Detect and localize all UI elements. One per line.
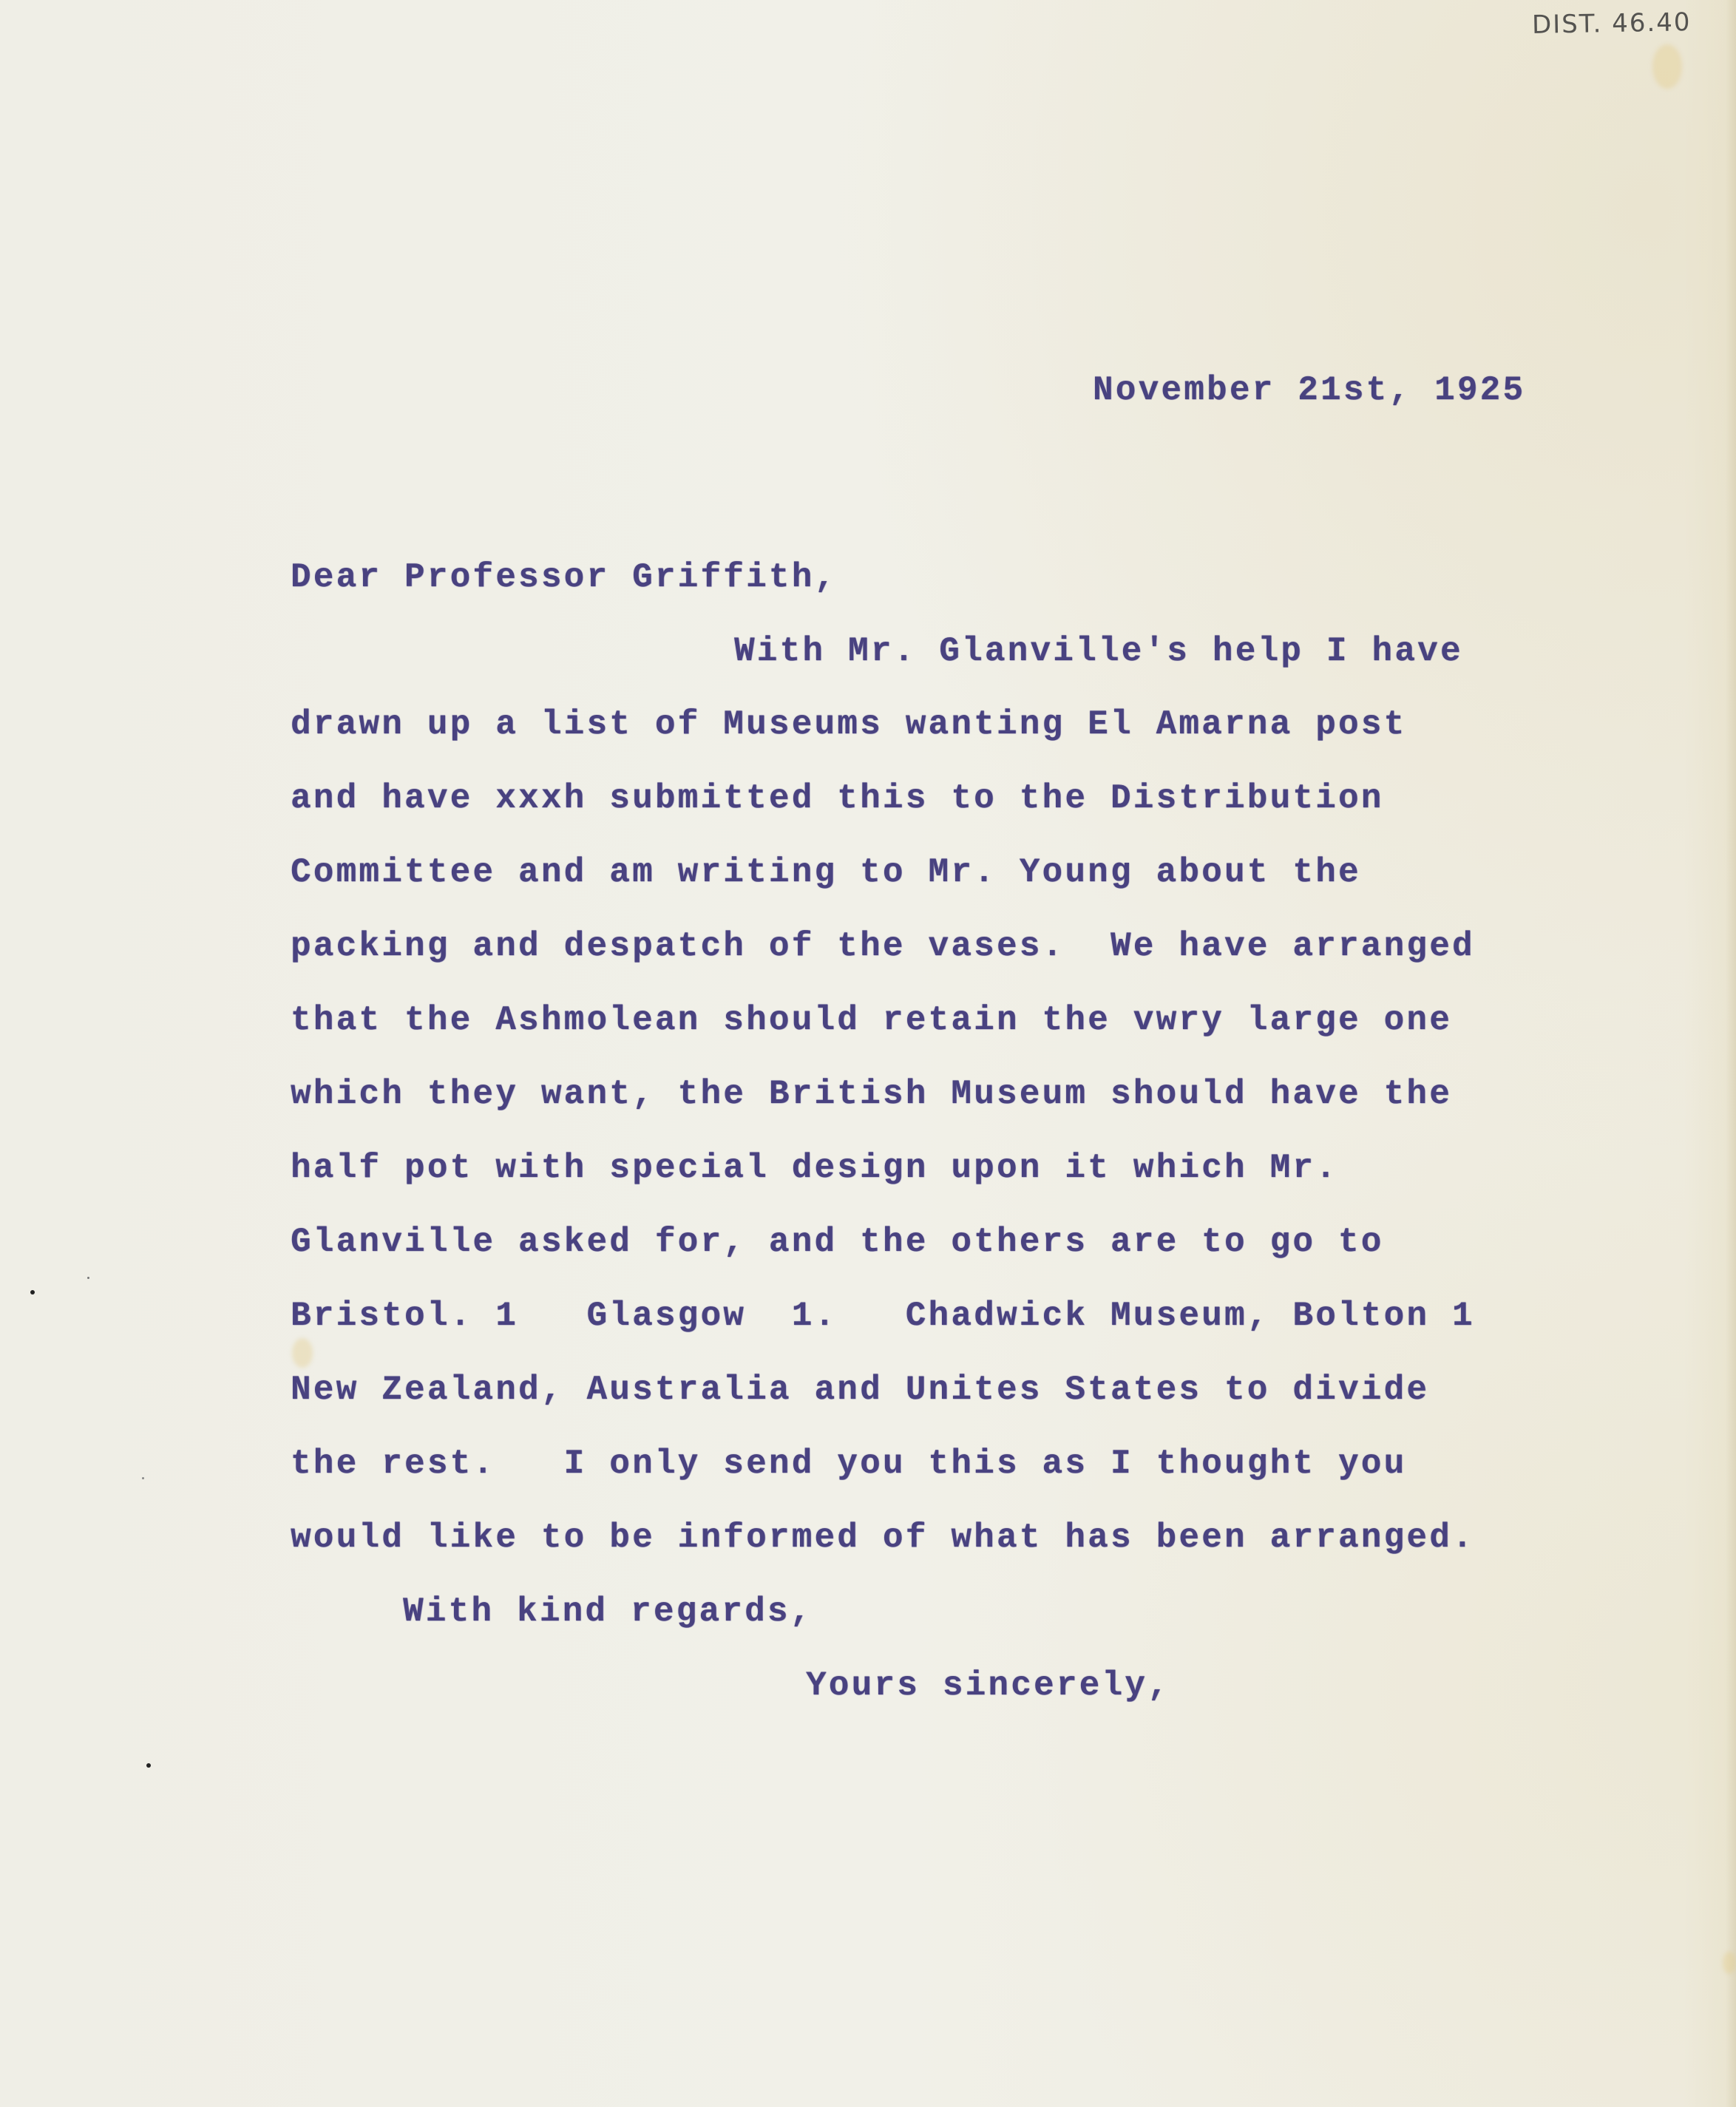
letter-salutation: Dear Professor Griffith, xyxy=(291,560,837,594)
paper-stain xyxy=(1723,1952,1736,1974)
body-line: the rest. I only send you this as I thou… xyxy=(291,1447,1406,1481)
ink-speck xyxy=(142,1477,144,1479)
paper-edge xyxy=(1726,0,1736,2107)
letter-date: November 21st, 1925 xyxy=(1093,373,1525,407)
archive-reference-number: DIST. 46.40 xyxy=(1532,7,1692,40)
letter-signoff: Yours sincerely, xyxy=(806,1669,1170,1703)
body-line: Committee and am writing to Mr. Young ab… xyxy=(291,855,1361,889)
body-line: Glanville asked for, and the others are … xyxy=(291,1225,1384,1259)
body-line: half pot with special design upon it whi… xyxy=(291,1151,1338,1185)
body-line: drawn up a list of Museums wanting El Am… xyxy=(291,708,1406,742)
ink-speck xyxy=(87,1277,89,1279)
paper-stain xyxy=(1652,44,1682,89)
body-line: would like to be informed of what has be… xyxy=(291,1521,1475,1555)
body-line: Bristol. 1 Glasgow 1. Chadwick Museum, B… xyxy=(291,1299,1475,1333)
body-line: With Mr. Glanville's help I have xyxy=(734,634,1463,668)
body-line: New Zealand, Australia and Unites States… xyxy=(291,1373,1429,1407)
body-line: and have xxxh submitted this to the Dist… xyxy=(291,781,1384,815)
body-line: that the Ashmolean should retain the vwr… xyxy=(291,1003,1452,1037)
letter-closing: With kind regards, xyxy=(403,1595,813,1629)
paper-stain xyxy=(292,1338,313,1368)
ink-speck xyxy=(30,1290,35,1295)
body-line: which they want, the British Museum shou… xyxy=(291,1077,1452,1111)
body-line: packing and despatch of the vases. We ha… xyxy=(291,929,1475,963)
ink-speck xyxy=(146,1763,151,1768)
letter-paper xyxy=(0,0,1736,2107)
